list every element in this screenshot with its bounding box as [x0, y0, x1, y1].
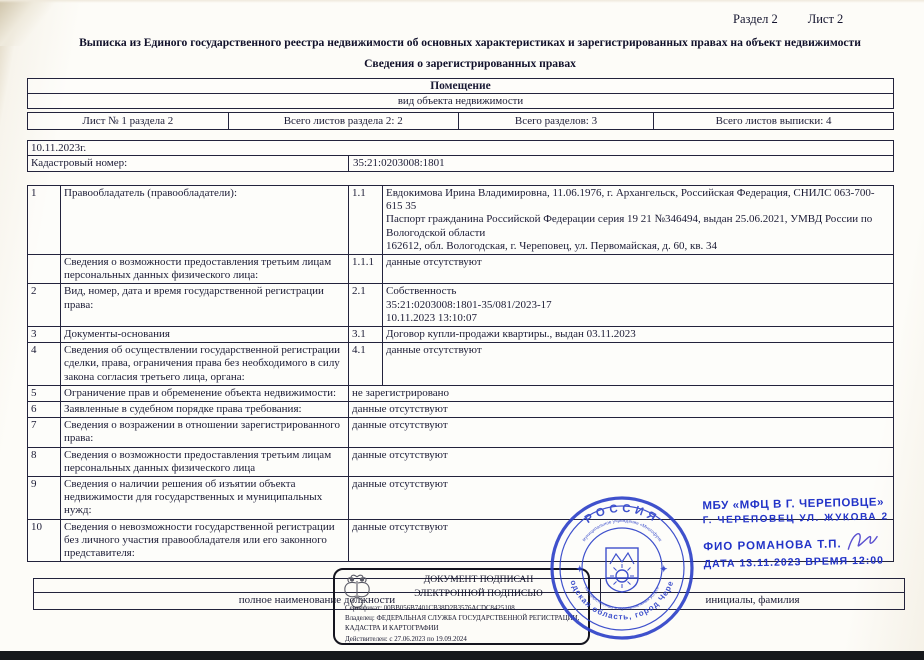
row-label: Вид, номер, дата и время государственной…: [61, 284, 349, 327]
mfc-stamp-fio: ФИО РОМАНОВА Т.П.: [703, 528, 918, 553]
row-subnumber: 2.1: [349, 284, 383, 327]
sheet-number-cell: Лист № 1 раздела 2: [28, 113, 229, 129]
scan-edge-bottom: [0, 651, 924, 660]
mfc-stamp-datetime: ДАТА 13.11.2023 ВРЕМЯ 12:00: [704, 554, 919, 571]
sheets-summary-row: Лист № 1 раздела 2 Всего листов раздела …: [27, 112, 894, 130]
rights-row: 7Сведения о возражении в отношении зарег…: [28, 418, 894, 447]
row-number: [28, 255, 61, 284]
date-cadastral-box: 10.11.2023г. Кадастровый номер: 35:21:02…: [27, 140, 894, 172]
mfc-ink-stamp: МБУ «МФЦ В Г. ЧЕРЕПОВЦЕ» Г. ЧЕРЕПОВЕЦ УЛ…: [702, 496, 918, 570]
row-value: данные отсутствуют: [349, 447, 894, 476]
row-number: 7: [28, 418, 61, 447]
object-type: Помещение: [28, 79, 893, 94]
mfc-round-stamp-icon: РОССИЯ Вологодская область, город Черепо…: [546, 492, 698, 649]
handwritten-signature-icon: [845, 529, 880, 557]
row-value: данные отсутствуют: [383, 255, 894, 284]
document-title: Выписка из Единого государственного реес…: [40, 36, 900, 49]
document-page: Раздел 2 Лист 2 Выписка из Единого госуд…: [0, 0, 924, 660]
row-label: Сведения об осуществлении государственно…: [61, 343, 349, 386]
row-value: не зарегистрировано: [349, 385, 894, 401]
row-label: Сведения о возражении в отношении зареги…: [61, 418, 349, 447]
rights-row: 8Сведения о возможности предоставления т…: [28, 447, 894, 476]
mfc-stamp-address: Г. ЧЕРЕПОВЕЦ УЛ. ЖУКОВА 2: [703, 511, 918, 527]
row-subnumber: 3.1: [349, 327, 383, 343]
row-number: 9: [28, 477, 61, 520]
cadastral-number-value: 35:21:0203008:1801: [349, 156, 893, 171]
rights-row: Сведения о возможности предоставления тр…: [28, 255, 894, 284]
sheet-label: Лист 2: [808, 12, 844, 27]
rights-row: 6Заявленные в судебном порядке права тре…: [28, 402, 894, 418]
row-label: Сведения о возможности предоставления тр…: [61, 255, 349, 284]
row-value: Договор купли-продажи квартиры., выдан 0…: [383, 327, 894, 343]
object-type-caption: вид объекта недвижимости: [28, 94, 893, 108]
section-label: Раздел 2: [733, 12, 778, 27]
svg-text:✦: ✦: [576, 564, 584, 574]
row-value: данные отсутствуют: [349, 418, 894, 447]
rights-row: 2Вид, номер, дата и время государственно…: [28, 284, 894, 327]
row-label: Правообладатель (правообладатели):: [61, 186, 349, 255]
row-label: Сведения о наличии решения об изъятии об…: [61, 477, 349, 520]
rights-row: 1Правообладатель (правообладатели):1.1Ев…: [28, 186, 894, 255]
row-label: Ограничение прав и обременение объекта н…: [61, 385, 349, 401]
section-sheets-total-cell: Всего листов раздела 2: 2: [229, 113, 459, 129]
row-number: 2: [28, 284, 61, 327]
svg-text:✦: ✦: [660, 564, 668, 574]
rights-row: 4Сведения об осуществлении государственн…: [28, 343, 894, 386]
row-label: Сведения о невозможности государственной…: [61, 519, 349, 562]
object-type-box: Помещение вид объекта недвижимости: [27, 78, 894, 109]
sections-total-cell: Всего разделов: 3: [459, 113, 654, 129]
section-sheet-header: Раздел 2 Лист 2: [733, 12, 843, 27]
row-value: данные отсутствуют: [349, 402, 894, 418]
rights-row: 3Документы-основания3.1Договор купли-про…: [28, 327, 894, 343]
row-number: 1: [28, 186, 61, 255]
document-subtitle: Сведения о зарегистрированных правах: [40, 57, 900, 70]
scan-edge-top: [0, 0, 924, 3]
row-number: 8: [28, 447, 61, 476]
row-label: Заявленные в судебном порядке права треб…: [61, 402, 349, 418]
row-subnumber: 4.1: [349, 343, 383, 386]
cadastral-number-label: Кадастровый номер:: [28, 156, 349, 171]
row-number: 10: [28, 519, 61, 562]
row-number: 4: [28, 343, 61, 386]
row-label: Сведения о возможности предоставления тр…: [61, 447, 349, 476]
row-value: данные отсутствуют: [383, 343, 894, 386]
mfc-stamp-fio-value: РОМАНОВА Т.П.: [737, 538, 841, 552]
mfc-stamp-fio-label: ФИО: [703, 541, 733, 554]
row-number: 3: [28, 327, 61, 343]
row-number: 6: [28, 402, 61, 418]
extract-sheets-total-cell: Всего листов выписки: 4: [654, 113, 893, 129]
row-number: 5: [28, 385, 61, 401]
row-subnumber: 1.1: [349, 186, 383, 255]
row-value: Собственность 35:21:0203008:1801-35/081/…: [383, 284, 894, 327]
extract-date: 10.11.2023г.: [28, 141, 893, 156]
rights-row: 5Ограничение прав и обременение объекта …: [28, 385, 894, 401]
row-label: Документы-основания: [61, 327, 349, 343]
row-subnumber: 1.1.1: [349, 255, 383, 284]
row-value: Евдокимова Ирина Владимировна, 11.06.197…: [383, 186, 894, 255]
